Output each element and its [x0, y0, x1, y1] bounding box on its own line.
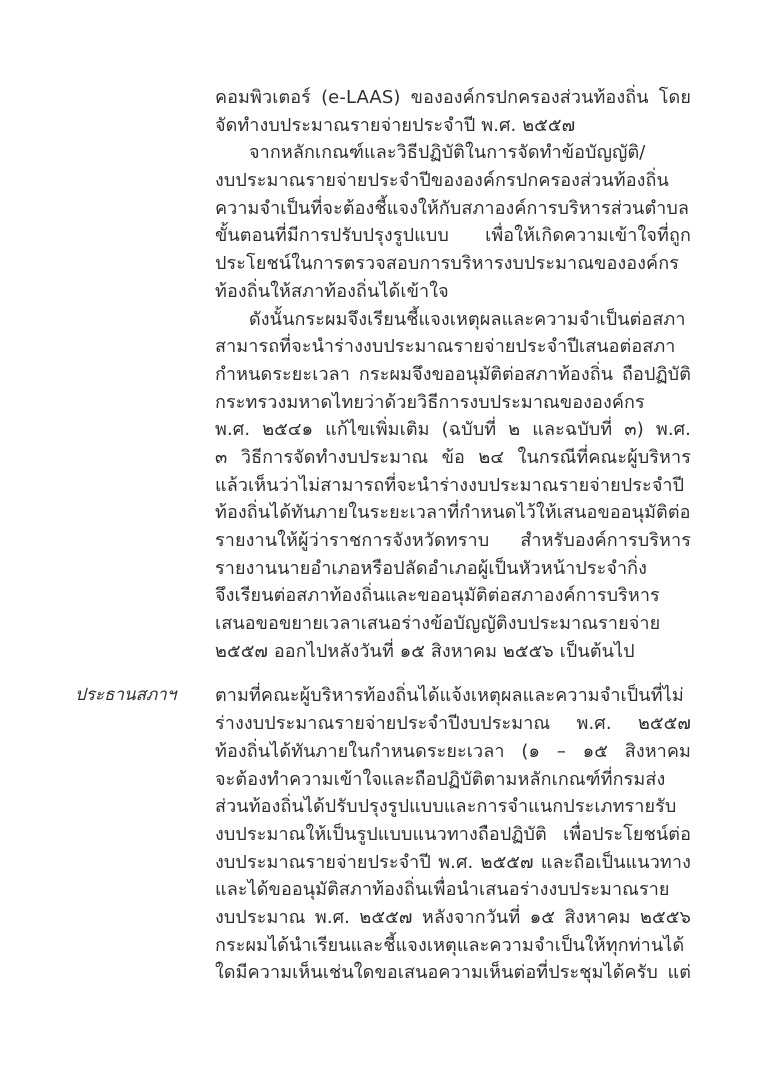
- text-line: คอมพิวเตอร์ (e-LAAS) ขององค์กรปกครองส่วน…: [215, 84, 691, 112]
- text-line: งบประมาณรายจ่ายประจำปี พ.ศ. ๒๕๕๗ และถือเ…: [215, 849, 691, 877]
- text-line: งบประมาณรายจ่ายประจำปีขององค์กรปกครองส่ว…: [215, 167, 691, 195]
- text-line: จะต้องทำความเข้าใจและถือปฏิบัติตามหลักเก…: [215, 766, 691, 794]
- text-line: ตามที่คณะผู้บริหารท้องถิ่นได้แจ้งเหตุผลแ…: [215, 682, 691, 710]
- text-line: ขั้นตอนที่มีการปรับปรุงรูปแบบ เพื่อให้เก…: [215, 222, 691, 250]
- text-line: งบประมาณให้เป็นรูปแบบแนวทางถือปฏิบัติ เพ…: [215, 821, 691, 849]
- text-line: กระผมได้นำเรียนและชี้แจงเหตุและความจำเป็…: [215, 932, 691, 960]
- text-line: สามารถที่จะนำร่างงบประมาณรายจ่ายประจำปีเ…: [215, 333, 691, 361]
- text-line: ร่างงบประมาณรายจ่ายประจำปีงบประมาณ พ.ศ. …: [215, 710, 691, 738]
- text-line: จึงเรียนต่อสภาท้องถิ่นและขออนุมัติต่อสภา…: [215, 582, 691, 610]
- text-line: รายงานให้ผู้ว่าราชการจังหวัดทราบ สำหรับอ…: [215, 527, 691, 555]
- text-line: ใดมีความเห็นเช่นใดขอเสนอความเห็นต่อที่ปร…: [215, 959, 691, 987]
- speech-section: คอมพิวเตอร์ (e-LAAS) ขององค์กรปกครองส่วน…: [215, 84, 691, 665]
- document-page: คอมพิวเตอร์ (e-LAAS) ขององค์กรปกครองส่วน…: [0, 0, 764, 1080]
- text-line: เสนอขอขยายเวลาเสนอร่างข้อบัญญัติงบประมาณ…: [215, 610, 691, 638]
- text-line: ๓ วิธีการจัดทำงบประมาณ ข้อ ๒๔ ในกรณีที่ค…: [215, 444, 691, 472]
- text-line: กระทรวงมหาดไทยว่าด้วยวิธีการงบประมาณของอ…: [215, 389, 691, 417]
- text-line: และได้ขออนุมัติสภาท้องถิ่นเพื่อนำเสนอร่า…: [215, 876, 691, 904]
- speaker-label: ประธานสภาฯ: [75, 682, 210, 710]
- text-line: กำหนดระยะเวลา กระผมจึงขออนุมัติต่อสภาท้อ…: [215, 361, 691, 389]
- text-line: ดังนั้นกระผมจึงเรียนชี้แจงเหตุผลและความจ…: [215, 306, 691, 334]
- text-line: แล้วเห็นว่าไม่สามารถที่จะนำร่างงบประมาณร…: [215, 472, 691, 500]
- text-line: งบประมาณ พ.ศ. ๒๕๕๗ หลังจากวันที่ ๑๕ สิงห…: [215, 904, 691, 932]
- text-line: รายงานนายอำเภอหรือปลัดอำเภอผู้เป็นหัวหน้…: [215, 555, 691, 583]
- text-line: จากหลักเกณฑ์และวิธีปฏิบัติในการจัดทำข้อบ…: [215, 139, 691, 167]
- text-line: ท้องถิ่นได้ทันภายในกำหนดระยะเวลา (๑ – ๑๕…: [215, 738, 691, 766]
- text-line: ท้องถิ่นได้ทันภายในระยะเวลาที่กำหนดไว้ให…: [215, 499, 691, 527]
- text-line: ส่วนท้องถิ่นได้ปรับปรุงรูปแบบและการจำแนก…: [215, 793, 691, 821]
- text-line: ท้องถิ่นให้สภาท้องถิ่นได้เข้าใจ: [215, 278, 691, 306]
- document-body: คอมพิวเตอร์ (e-LAAS) ขององค์กรปกครองส่วน…: [215, 84, 691, 987]
- text-line: พ.ศ. ๒๕๔๑ แก้ไขเพิ่มเติม (ฉบับที่ ๒ และฉ…: [215, 416, 691, 444]
- text-line: ๒๕๕๗ ออกไปหลังวันที่ ๑๕ สิงหาคม ๒๕๕๖ เป็…: [215, 638, 691, 666]
- text-line: ประโยชน์ในการตรวจสอบการบริหารงบประมาณของ…: [215, 250, 691, 278]
- text-line: ความจำเป็นที่จะต้องชี้แจงให้กับสภาองค์กา…: [215, 195, 691, 223]
- text-line: จัดทำงบประมาณรายจ่ายประจำปี พ.ศ. ๒๕๕๗: [215, 112, 691, 140]
- speech-section: ประธานสภาฯตามที่คณะผู้บริหารท้องถิ่นได้แ…: [215, 682, 691, 987]
